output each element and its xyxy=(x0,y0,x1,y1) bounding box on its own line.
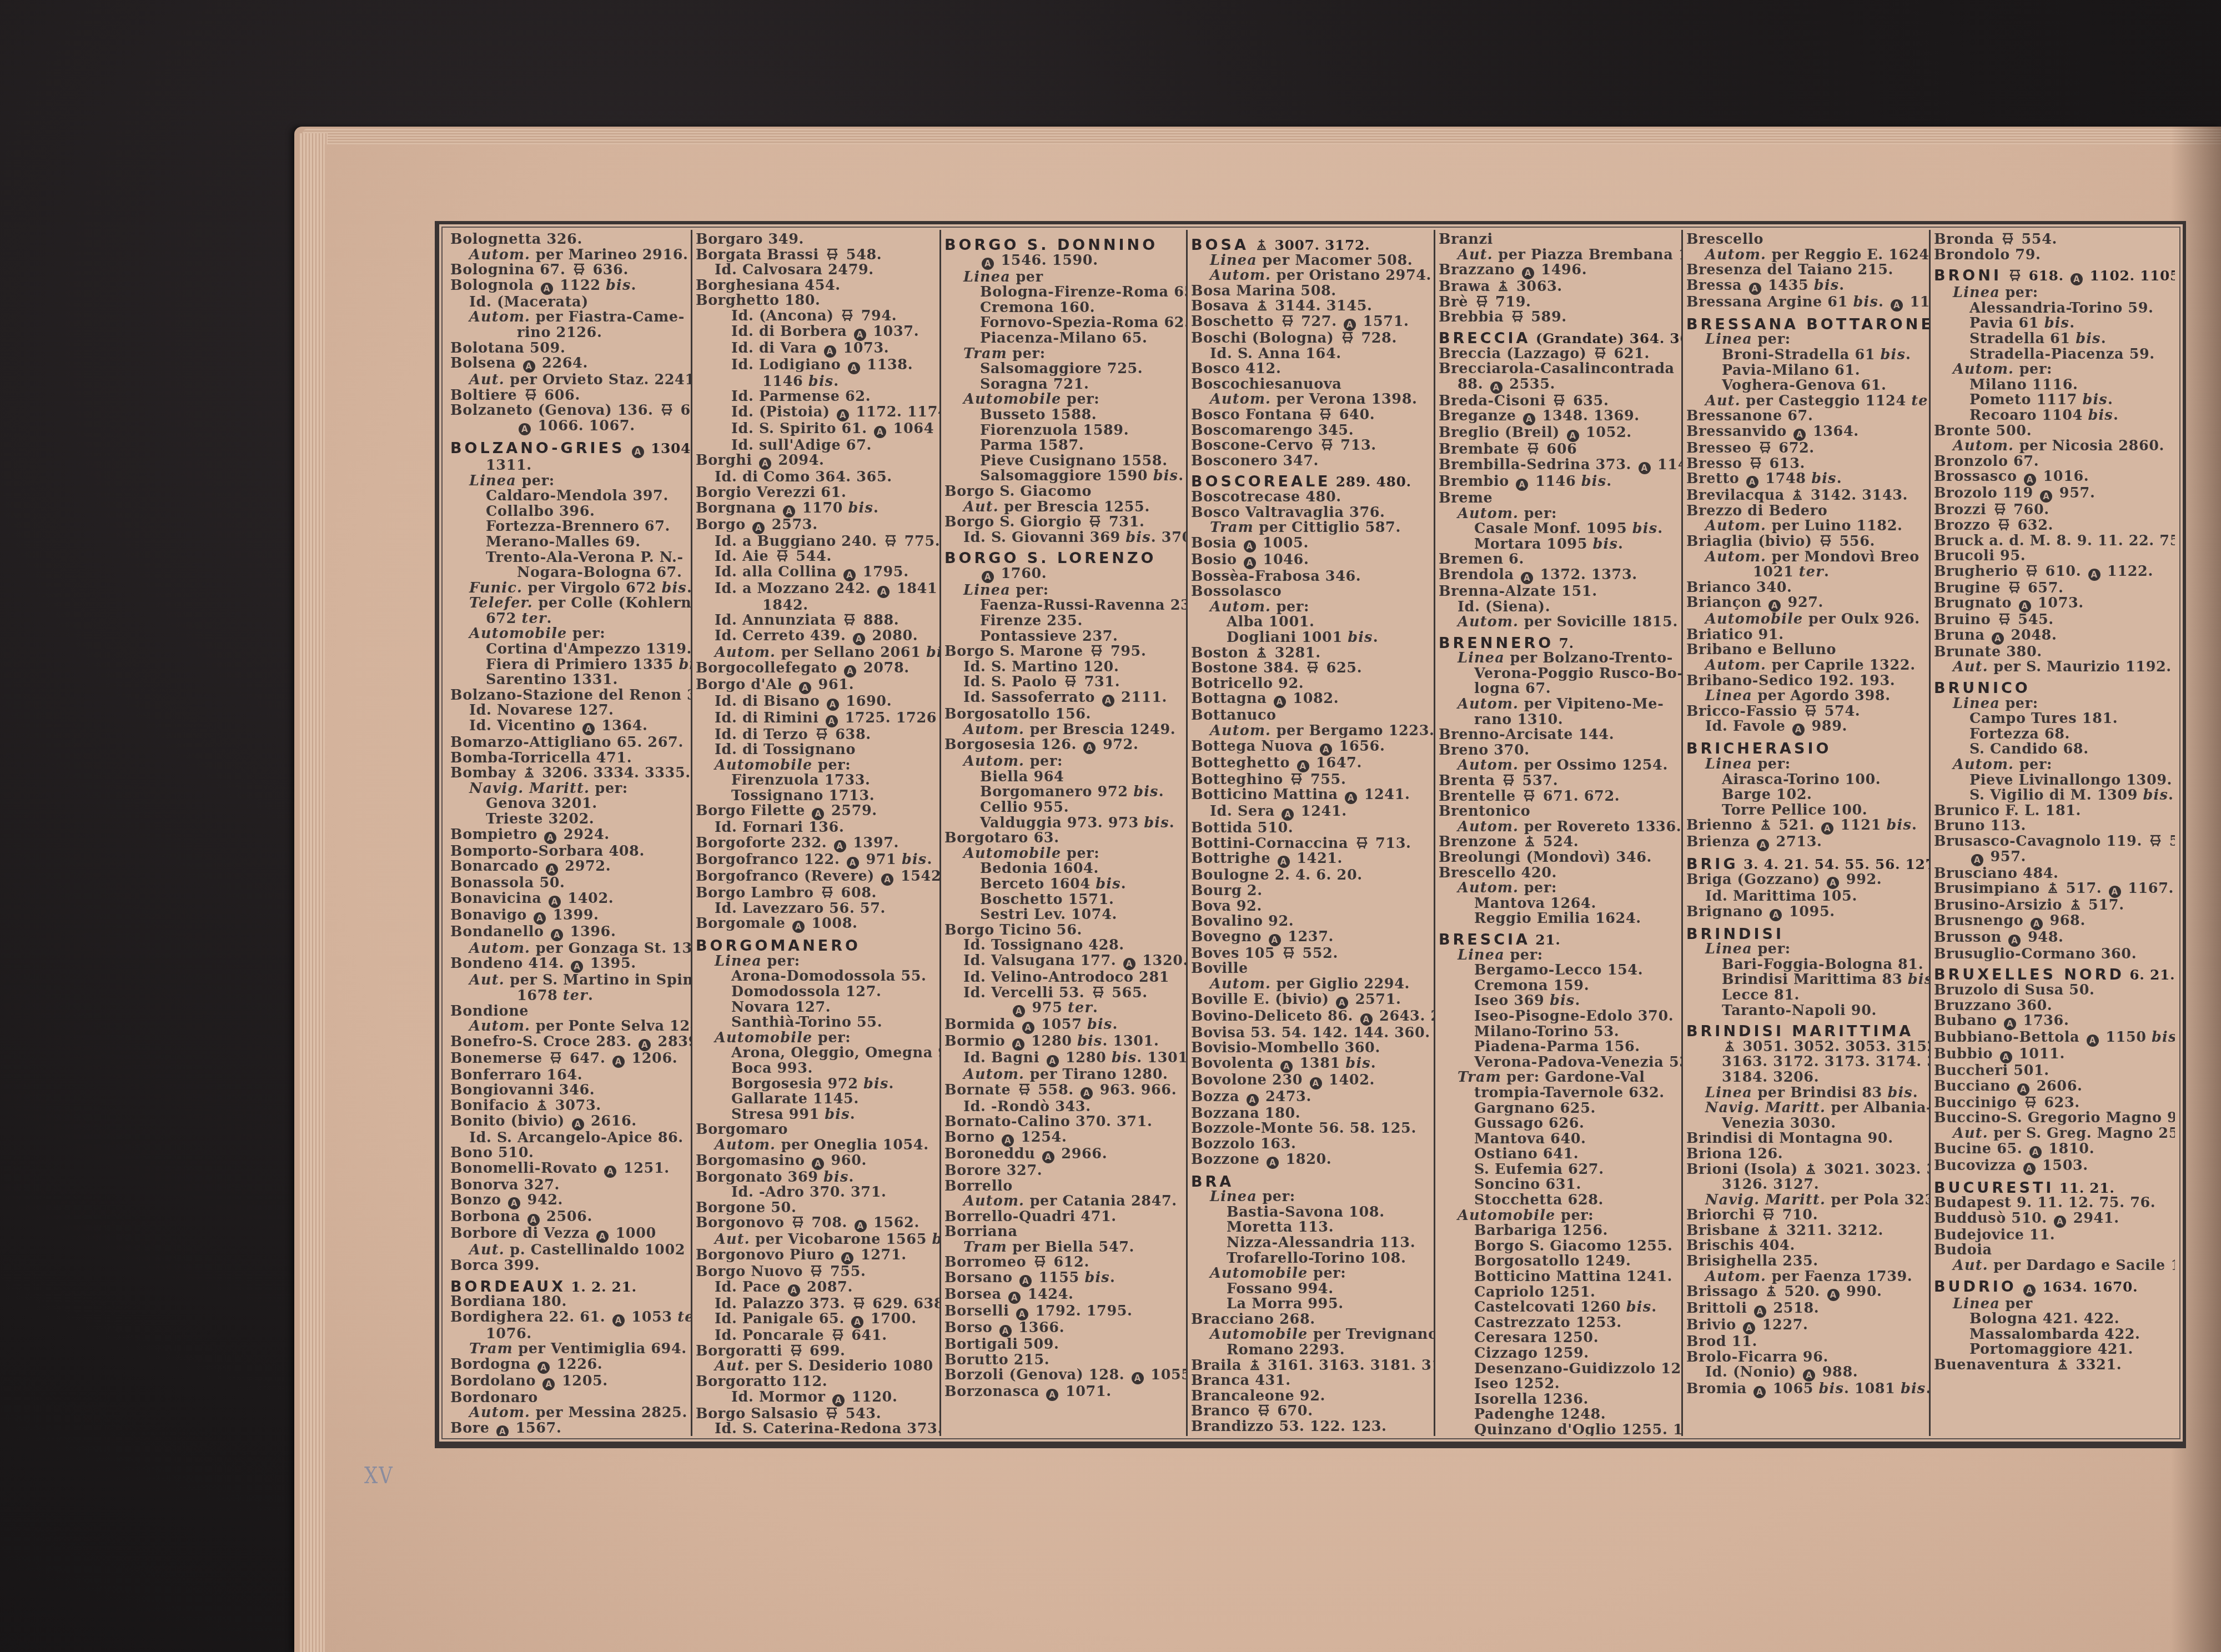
index-entry: Bovolone 230 A 1402. xyxy=(1191,1073,1430,1089)
automobile-service-icon: A xyxy=(549,896,561,908)
automobile-service-icon: A xyxy=(1792,724,1805,736)
heading-label: BRUXELLES NORD xyxy=(1934,966,2124,983)
automobile-service-icon: A xyxy=(612,1056,625,1068)
service-type-label: Aut. xyxy=(1705,393,1741,409)
automobile-service-icon: A xyxy=(812,808,824,820)
index-subentry: Id. Valsugana 177. A 1320. xyxy=(944,953,1183,970)
index-entry: Brusimpiano 517. A 1167. xyxy=(1934,881,2172,898)
index-entry: Bucine 65. A 1810. xyxy=(1934,1142,2172,1158)
index-entry: Boves 105 552. xyxy=(1191,946,1430,962)
index-subentry: Id. Lodigiano A 1138. xyxy=(696,358,936,374)
index-entry: Bormio A 1280 bis. 1301. xyxy=(944,1034,1183,1051)
index-subentry: Gussago 626. xyxy=(1439,1116,1678,1132)
suffix-bis: bis xyxy=(1077,1033,1102,1050)
index-subentry: Id. Annunziata 888. xyxy=(696,613,936,629)
service-type-label: Funic. xyxy=(469,580,522,596)
index-subentry: Bologna 421. 422. xyxy=(1934,1312,2172,1327)
index-subentry: Gallarate 1145. xyxy=(696,1092,936,1107)
automobile-service-icon: A xyxy=(841,1252,853,1264)
index-entry: Bubano A 1736. xyxy=(1934,1013,2172,1030)
automobile-service-icon: A xyxy=(844,665,856,677)
index-subentry: Valduggia 973. 973 bis. xyxy=(944,816,1183,831)
station-heading: BRINDISI xyxy=(1686,927,1926,942)
index-entry: Bottini-Cornaccina 713. xyxy=(1191,836,1430,852)
index-entry: Bresenza del Taiano 215. xyxy=(1686,263,1926,278)
tram-icon xyxy=(826,248,839,261)
suffix-bis: bis xyxy=(825,1106,850,1123)
index-subentry: Automobile per: xyxy=(696,1031,936,1046)
index-subentry: Id. a Mozzano 242. A 1841 bis. xyxy=(696,581,936,598)
station-heading: BOSA 3007. 3172. xyxy=(1191,238,1430,253)
index-entry: Bonomelli-Rovato A 1251. xyxy=(450,1161,687,1178)
index-subentry: Moretta 113. xyxy=(1191,1220,1430,1236)
index-subentry: Airasca-Torino 100. xyxy=(1686,772,1926,788)
index-subentry: 672 ter. xyxy=(450,611,687,627)
index-entry: Brembio A 1146 bis. xyxy=(1439,474,1678,491)
index-subentry: Autom. per Gonzaga St. 1395. xyxy=(450,941,687,957)
index-entry: Bondeno 414. A 1395. xyxy=(450,956,687,973)
heading-label: BRUNICO xyxy=(1934,680,2031,697)
index-entry: Bruck a. d. M. 8. 9. 11. 22. 75. xyxy=(1934,534,2172,549)
index-subentry: Massalombarda 422. xyxy=(1934,1327,2172,1343)
index-table-frame: Bolognetta 326.Autom. per Marineo 2916.B… xyxy=(435,221,2186,1448)
automobile-service-icon: A xyxy=(1310,1077,1322,1089)
service-type-label: Autom. xyxy=(1210,722,1271,739)
index-entry: Brendola A 1372. 1373. xyxy=(1439,568,1678,584)
index-entry: Bono 510. xyxy=(450,1146,687,1161)
index-entry: Brolo-Ficarra 96. xyxy=(1686,1350,1926,1365)
index-entry: Bressanvido A 1364. xyxy=(1686,424,1926,441)
index-entry: Borgo Lambro 608. xyxy=(696,886,936,901)
index-subentry: Iseo-Pisogne-Edolo 370. xyxy=(1439,1009,1678,1025)
index-subentry: Linea per Brindisi 83 bis. xyxy=(1686,1086,1926,1101)
index-entry: Bolzano-Stazione del Renon 396 xyxy=(450,688,687,704)
automobile-service-icon: A xyxy=(847,857,859,869)
index-entry: Brusson A 948. xyxy=(1934,930,2172,947)
index-subentry: Bari-Foggia-Bologna 81. xyxy=(1686,957,1926,973)
index-entry: Brienza A 2713. xyxy=(1686,835,1926,851)
index-subentry: Alessandria-Torino 59. xyxy=(1934,301,2172,317)
ship-anchor-icon xyxy=(1723,1040,1736,1053)
index-entry: Borgo Nuovo 755. xyxy=(696,1264,936,1280)
automobile-service-icon: A xyxy=(812,1158,824,1170)
index-entry: Brischis 404. xyxy=(1686,1238,1926,1254)
service-type-label: Linea xyxy=(1705,687,1752,704)
index-subentry: Automobile per: xyxy=(1191,1266,1430,1282)
index-subentry: Alba 1001. xyxy=(1191,615,1430,630)
index-subentry: Cellio 955. xyxy=(944,800,1183,816)
ship-anchor-icon xyxy=(1524,835,1536,848)
index-entry: Bribano e Belluno xyxy=(1686,642,1926,658)
index-entry: Borgomale A 1008. xyxy=(696,916,936,933)
index-subentry: Id. Novarese 127. xyxy=(450,703,687,719)
ship-anchor-icon xyxy=(2047,881,2059,895)
index-entry: Bresso 613. xyxy=(1686,456,1926,472)
index-entry: Bubbio A 1011. xyxy=(1934,1047,2172,1063)
index-subentry: Id. Fornari 136. xyxy=(696,820,936,836)
index-subentry: Iseo 1252. xyxy=(1439,1377,1678,1392)
index-subentry: S. Vigilio di M. 1309 bis. xyxy=(1934,788,2172,804)
index-entry: Bosconero 347. xyxy=(1191,454,1430,469)
index-subentry: Salsomaggiore 1590 bis. xyxy=(944,469,1183,484)
ship-anchor-icon xyxy=(2069,898,2082,911)
automobile-service-icon: A xyxy=(1992,632,2004,645)
index-subentry: Linea per: xyxy=(1439,948,1678,963)
index-subentry: 1146 bis. xyxy=(696,374,936,390)
automobile-service-icon: A xyxy=(546,863,558,876)
index-subentry: Merano-Malles 69. xyxy=(450,535,687,550)
tram-icon xyxy=(810,1264,823,1278)
index-subentry: S. Eufemia 627. xyxy=(1439,1162,1678,1178)
index-subentry: Romano 2293. xyxy=(1191,1343,1430,1358)
index-entry: Brugherio 610. A 1122. xyxy=(1934,564,2172,581)
service-type-label: Autom. xyxy=(1458,696,1519,712)
index-subentry: rino 2126. xyxy=(450,325,687,341)
ship-anchor-icon xyxy=(1765,1284,1777,1298)
index-entry: Bosio A 1046. xyxy=(1191,553,1430,569)
service-type-label: Autom. xyxy=(1210,391,1271,408)
service-type-label: Autom. xyxy=(1210,267,1271,284)
index-entry: Brenna-Alzate 151. xyxy=(1439,584,1678,600)
index-entry: Bracciano 268. xyxy=(1191,1312,1430,1328)
heading-label: BOLZANO-GRIES xyxy=(450,440,625,457)
index-entry: Borore 327. xyxy=(944,1163,1183,1179)
index-subentry: Botticino Mattina 1241. xyxy=(1439,1269,1678,1285)
service-type-label: Tram xyxy=(469,1340,513,1357)
index-subentry: Desenzano-Guidizzolo 1243 xyxy=(1439,1362,1678,1377)
index-subentry: Id. di Como 364. 365. xyxy=(696,470,936,485)
index-entry: Bova 92. xyxy=(1191,899,1430,915)
heading-refs: 7. xyxy=(1554,635,1574,651)
service-type-label: Autom. xyxy=(715,644,776,661)
automobile-service-icon: A xyxy=(1012,1038,1024,1051)
index-entry: Brivio A 1227. xyxy=(1686,1318,1926,1334)
index-entry: Bricco-Fassio 574. xyxy=(1686,704,1926,720)
tram-icon xyxy=(1088,515,1102,528)
tram-icon xyxy=(549,1051,562,1064)
automobile-service-icon: A xyxy=(834,840,846,852)
index-entry: Buccino-S. Gregorio Magno 90. xyxy=(1934,1111,2172,1126)
heading-refs: 289. 480. xyxy=(1331,474,1411,490)
automobile-service-icon: A xyxy=(1803,1369,1815,1382)
index-subentry: Id. S. Arcangelo-Apice 86. xyxy=(450,1131,687,1146)
automobile-service-icon: A xyxy=(2000,1051,2012,1063)
service-type-label: Autom. xyxy=(1705,518,1766,534)
service-type-label: Linea xyxy=(1953,1296,2000,1312)
service-type-label: Autom. xyxy=(1705,247,1766,263)
automobile-service-icon: A xyxy=(2088,569,2101,581)
index-entry: Boulogne 2. 4. 6. 20. xyxy=(1191,868,1430,883)
index-entry: Brozzi 760. xyxy=(1934,503,2172,518)
index-entry: Budoia xyxy=(1934,1243,2172,1258)
index-entry: Borgoratto 112. xyxy=(696,1374,936,1390)
automobile-service-icon: A xyxy=(596,1231,609,1243)
index-subentry: Isorella 1236. xyxy=(1439,1392,1678,1408)
index-subentry: Aut. per S. Martino in Spino xyxy=(450,973,687,988)
index-subentry: Linea per xyxy=(1934,1297,2172,1312)
automobile-service-icon: A xyxy=(1891,299,1903,312)
index-entry: Boroneddu A 2966. xyxy=(944,1147,1183,1163)
index-entry: Botticino Mattina A 1241. xyxy=(1191,787,1430,804)
tram-icon xyxy=(1257,1404,1270,1417)
index-entry: Boville xyxy=(1191,961,1430,977)
tram-icon xyxy=(821,886,834,899)
index-subentry: Mortara 1095 bis. xyxy=(1439,537,1678,553)
suffix-bis: bis xyxy=(1853,294,1878,310)
index-subentry: Novara 127. xyxy=(696,1000,936,1016)
tram-icon xyxy=(1526,442,1540,455)
index-subentry: Id. S. Paolo 731. xyxy=(944,675,1183,690)
index-entry: Borghi A 2094. xyxy=(696,453,936,470)
index-subentry: Autom. per Fiastra-Came- xyxy=(450,310,687,325)
index-subentry: Reggio Emilia 1624. xyxy=(1439,911,1678,927)
automobile-service-icon: A xyxy=(2023,1163,2036,1175)
index-entry: Bonavigo A 1399. xyxy=(450,908,687,925)
automobile-service-icon: A xyxy=(1247,1094,1259,1106)
heading-label: BRICHERASIO xyxy=(1686,740,1831,757)
automobile-service-icon: A xyxy=(2029,1146,2042,1158)
index-entry: Brittoli A 2518. xyxy=(1686,1301,1926,1318)
ship-anchor-icon xyxy=(1767,1223,1779,1237)
index-subentry: Fiera di Primiero 1335 bis. xyxy=(450,657,687,673)
index-entry: Bonarcado A 2972. xyxy=(450,859,687,876)
heading-refs: A 1634. 1670. xyxy=(2017,1279,2138,1295)
index-entry: Bordighera 22. 61. A 1053 ter. xyxy=(450,1310,687,1327)
index-entry: Brianco 340. xyxy=(1686,580,1926,596)
tram-icon xyxy=(825,1407,838,1420)
automobile-service-icon: A xyxy=(1267,1157,1279,1169)
automobile-service-icon: A xyxy=(788,1284,800,1297)
automobile-service-icon: A xyxy=(1821,822,1833,835)
tram-icon xyxy=(1758,441,1772,454)
suffix-bis: bis xyxy=(1886,817,1911,833)
station-heading: BRENNERO 7. xyxy=(1439,636,1678,651)
index-subentry: Soncino 631. xyxy=(1439,1177,1678,1193)
automobile-service-icon: A xyxy=(1754,1305,1766,1318)
automobile-service-icon: A xyxy=(1639,462,1651,474)
service-type-label: Linea xyxy=(1705,941,1752,957)
tram-icon xyxy=(1819,534,1832,548)
tram-icon xyxy=(1306,661,1319,674)
index-subentry: Barge 102. xyxy=(1686,787,1926,803)
tram-icon xyxy=(1522,789,1536,802)
suffix-bis: bis xyxy=(1901,1380,1926,1397)
index-subentry: Id. S. Caterina-Redona 373. xyxy=(696,1422,936,1436)
index-subentry: Caldaro-Mendola 397. xyxy=(450,489,687,504)
automobile-service-icon: A xyxy=(508,1197,520,1209)
index-subentry: Padenghe 1248. xyxy=(1439,1407,1678,1423)
index-subentry: Linea per: xyxy=(696,954,936,970)
ship-anchor-icon xyxy=(1760,818,1772,831)
automobile-service-icon: A xyxy=(542,1378,555,1390)
index-entry: Brembilla-Sedrina 373. A 1144. xyxy=(1439,458,1678,474)
tram-icon xyxy=(790,1344,803,1357)
index-entry: Borgo Salsasio 543. xyxy=(696,1407,936,1422)
index-subentry: Arona-Domodossola 55. xyxy=(696,969,936,985)
index-subentry: Venezia 3030. xyxy=(1686,1116,1926,1132)
index-column-7: Bronda 554.Brondolo 79.BRONI 618. A 1102… xyxy=(1931,230,2175,1436)
station-heading: BUCURESTI 11. 21. xyxy=(1934,1181,2172,1196)
index-entry: Bonito (bivio) A 2616. xyxy=(450,1114,687,1131)
heading-label: BRESCIA xyxy=(1439,931,1530,948)
index-subentry: Fiorenzuola 1589. xyxy=(944,423,1183,439)
index-subentry: Tram per: Gardone-Val xyxy=(1439,1070,1678,1086)
service-type-label: Linea xyxy=(469,473,516,489)
service-type-label: Autom. xyxy=(1458,757,1519,774)
tram-icon xyxy=(1290,772,1303,786)
index-entry: Bottagna A 1082. xyxy=(1191,691,1430,708)
index-subentry: Id. S. Giovanni 369 bis. 370. xyxy=(944,530,1183,546)
index-entry: Bondanello A 1396. xyxy=(450,925,687,941)
suffix-bis: bis xyxy=(1087,1016,1112,1033)
index-subentry: Cortina d'Ampezzo 1319. xyxy=(450,642,687,657)
index-subentry: Tram per Biella 547. xyxy=(944,1240,1183,1256)
index-subentry: Boca 993. xyxy=(696,1061,936,1077)
index-entry: Bottanuco xyxy=(1191,708,1430,724)
tram-icon xyxy=(572,263,586,276)
ship-anchor-icon xyxy=(1256,299,1268,312)
automobile-service-icon: A xyxy=(1274,696,1286,708)
service-type-label: Autom. xyxy=(963,1066,1024,1083)
index-subentry: Automobile per: xyxy=(1439,1208,1678,1224)
station-heading: BORGO S. LORENZO xyxy=(944,551,1183,566)
automobile-service-icon: A xyxy=(783,505,795,518)
heading-refs: 3007. 3172. xyxy=(1249,237,1370,253)
automobile-service-icon: A xyxy=(837,409,849,421)
index-entry: Bordolano A 1205. xyxy=(450,1374,687,1390)
index-subentry: Aut. per Casteggio 1124 ter. xyxy=(1686,394,1926,409)
automobile-service-icon: A xyxy=(1244,540,1256,553)
index-subentry: Pontassieve 237. xyxy=(944,629,1183,645)
service-type-label: Tram xyxy=(1458,1069,1501,1086)
index-subentry: Trieste 3202. xyxy=(450,812,687,827)
suffix-ter: ter xyxy=(1911,393,1931,409)
automobile-service-icon: A xyxy=(1490,381,1503,394)
index-subentry: Navig. Maritt. per: xyxy=(450,781,687,797)
index-entry: Buccheri 501. xyxy=(1934,1063,2172,1079)
service-type-label: Autom. xyxy=(469,940,530,957)
index-subentry: Id. Pace A 2087. xyxy=(696,1280,936,1297)
index-subentry: Cremona 159. xyxy=(1439,978,1678,994)
suffix-bis: bis xyxy=(1819,1380,1844,1397)
index-subentry: Id. Panigale 65. A 1700. xyxy=(696,1312,936,1328)
automobile-service-icon: A xyxy=(523,360,535,373)
automobile-service-icon: A xyxy=(1521,572,1533,584)
heading-label: BORGOMANERO xyxy=(696,937,861,955)
index-subentry: Autom. per Luino 1182. xyxy=(1686,519,1926,534)
index-entry: Brindisi di Montagna 90. xyxy=(1686,1131,1926,1147)
service-type-label: Automobile xyxy=(1705,611,1803,627)
suffix-bis: bis xyxy=(2044,315,2069,332)
suffix-bis: bis xyxy=(863,1076,888,1092)
automobile-service-icon: A xyxy=(982,258,994,270)
heading-label: BRESSANA BOTTARONE xyxy=(1686,316,1931,333)
index-entry: Buenaventura 3321. xyxy=(1934,1358,2172,1373)
index-entry: Bossèa-Frabosa 346. xyxy=(1191,569,1430,585)
index-subentry: Linea per Bolzano-Trento- xyxy=(1439,651,1678,666)
index-entry: Brusino-Arsizio 517. xyxy=(1934,898,2172,913)
index-entry: Breganze A 1348. 1369. xyxy=(1439,409,1678,425)
suffix-bis: bis xyxy=(926,644,941,661)
index-entry: Borzoli (Genova) 128. A 1055. xyxy=(944,1368,1183,1384)
index-subentry: Bergamo-Lecco 154. xyxy=(1439,963,1678,978)
automobile-service-icon: A xyxy=(759,458,771,470)
tram-icon xyxy=(1033,1255,1047,1268)
index-subentry: Linea per Macomer 508. xyxy=(1191,253,1430,269)
index-subentry: Pometo 1117 bis. xyxy=(1934,393,2172,408)
automobile-service-icon: A xyxy=(1269,934,1281,946)
index-subentry: Automobile per: xyxy=(944,846,1183,862)
index-subentry: S. Candido 68. xyxy=(1934,742,2172,757)
suffix-bis: bis xyxy=(1112,1050,1137,1066)
suffix-ter: ter xyxy=(1068,1000,1093,1016)
automobile-service-icon: A xyxy=(1971,854,1983,866)
tram-icon xyxy=(1804,704,1817,717)
heading-refs: 11. 21. xyxy=(2054,1180,2114,1196)
index-subentry: Linea per: xyxy=(1934,285,2172,301)
index-subentry: Campo Tures 181. xyxy=(1934,711,2172,727)
service-type-label: Automobile xyxy=(963,845,1062,862)
index-entry: Bruzzano 360. xyxy=(1934,998,2172,1014)
automobile-service-icon: A xyxy=(2040,490,2052,503)
index-entry: Brebbia 589. xyxy=(1439,310,1678,325)
tram-icon xyxy=(1092,986,1105,999)
index-subentry: Castelcovati 1260 bis. xyxy=(1439,1300,1678,1315)
index-subentry: Autom. per Caprile 1322. xyxy=(1686,658,1926,674)
index-subentry: Quinzano d'Oglio 1255. 1257 xyxy=(1439,1423,1678,1436)
ship-anchor-icon xyxy=(1497,279,1509,293)
automobile-service-icon: A xyxy=(848,362,860,374)
index-entry: Borgoratti 699. xyxy=(696,1344,936,1359)
index-subentry: Ostiano 641. xyxy=(1439,1147,1678,1162)
index-subentry: 3163. 3172. 3173. 3174. 3183. xyxy=(1686,1055,1926,1070)
suffix-bis: bis xyxy=(1133,784,1158,800)
index-entry: Borgata Brassi 548. xyxy=(696,248,936,263)
index-entry: Borghesiana 454. xyxy=(696,278,936,294)
index-subentry: Id. di Tossignano xyxy=(696,742,936,758)
automobile-service-icon: A xyxy=(1278,856,1290,868)
tram-icon xyxy=(2001,232,2014,245)
index-subentry: Aut. per Piazza Brembana 1225. xyxy=(1439,248,1678,263)
index-subentry: Autom. per: xyxy=(1934,362,2172,378)
index-subentry: Berceto 1604 bis. xyxy=(944,877,1183,892)
automobile-service-icon: A xyxy=(1297,760,1309,772)
automobile-service-icon: A xyxy=(544,832,556,844)
index-subentry: Linea per xyxy=(944,270,1183,285)
index-entry: Bromia A 1065 bis. 1081 bis. xyxy=(1686,1382,1926,1398)
service-type-label: Navig. Maritt. xyxy=(1705,1099,1826,1116)
index-entry: Breme xyxy=(1439,491,1678,506)
automobile-service-icon: A xyxy=(527,1214,540,1226)
tram-icon xyxy=(1282,946,1295,960)
index-subentry: Autom. per Mondovì Breo xyxy=(1686,550,1926,565)
automobile-service-icon: A xyxy=(832,1394,845,1407)
index-entry: Bruzolo di Susa 50. xyxy=(1934,983,2172,998)
index-entry: Bozzone A 1820. xyxy=(1191,1152,1430,1169)
service-type-label: Aut. xyxy=(1953,1125,1988,1142)
tram-icon xyxy=(2024,1096,2037,1109)
service-type-label: Aut. xyxy=(469,371,505,388)
suffix-bis: bis xyxy=(661,580,686,596)
automobile-service-icon: A xyxy=(999,1325,1012,1337)
station-heading: BRUXELLES NORD 6. 21. 60 xyxy=(1934,967,2172,983)
index-subentry: Borgomanero 972 bis. xyxy=(944,785,1183,800)
service-type-label: Tram xyxy=(963,345,1007,362)
index-subentry: Linea per: xyxy=(1686,942,1926,957)
index-entry: Bortigali 509. xyxy=(944,1337,1183,1353)
index-subentry: Autom. per Nicosia 2860. xyxy=(1934,439,2172,454)
service-type-label: Autom. xyxy=(1953,756,2014,773)
